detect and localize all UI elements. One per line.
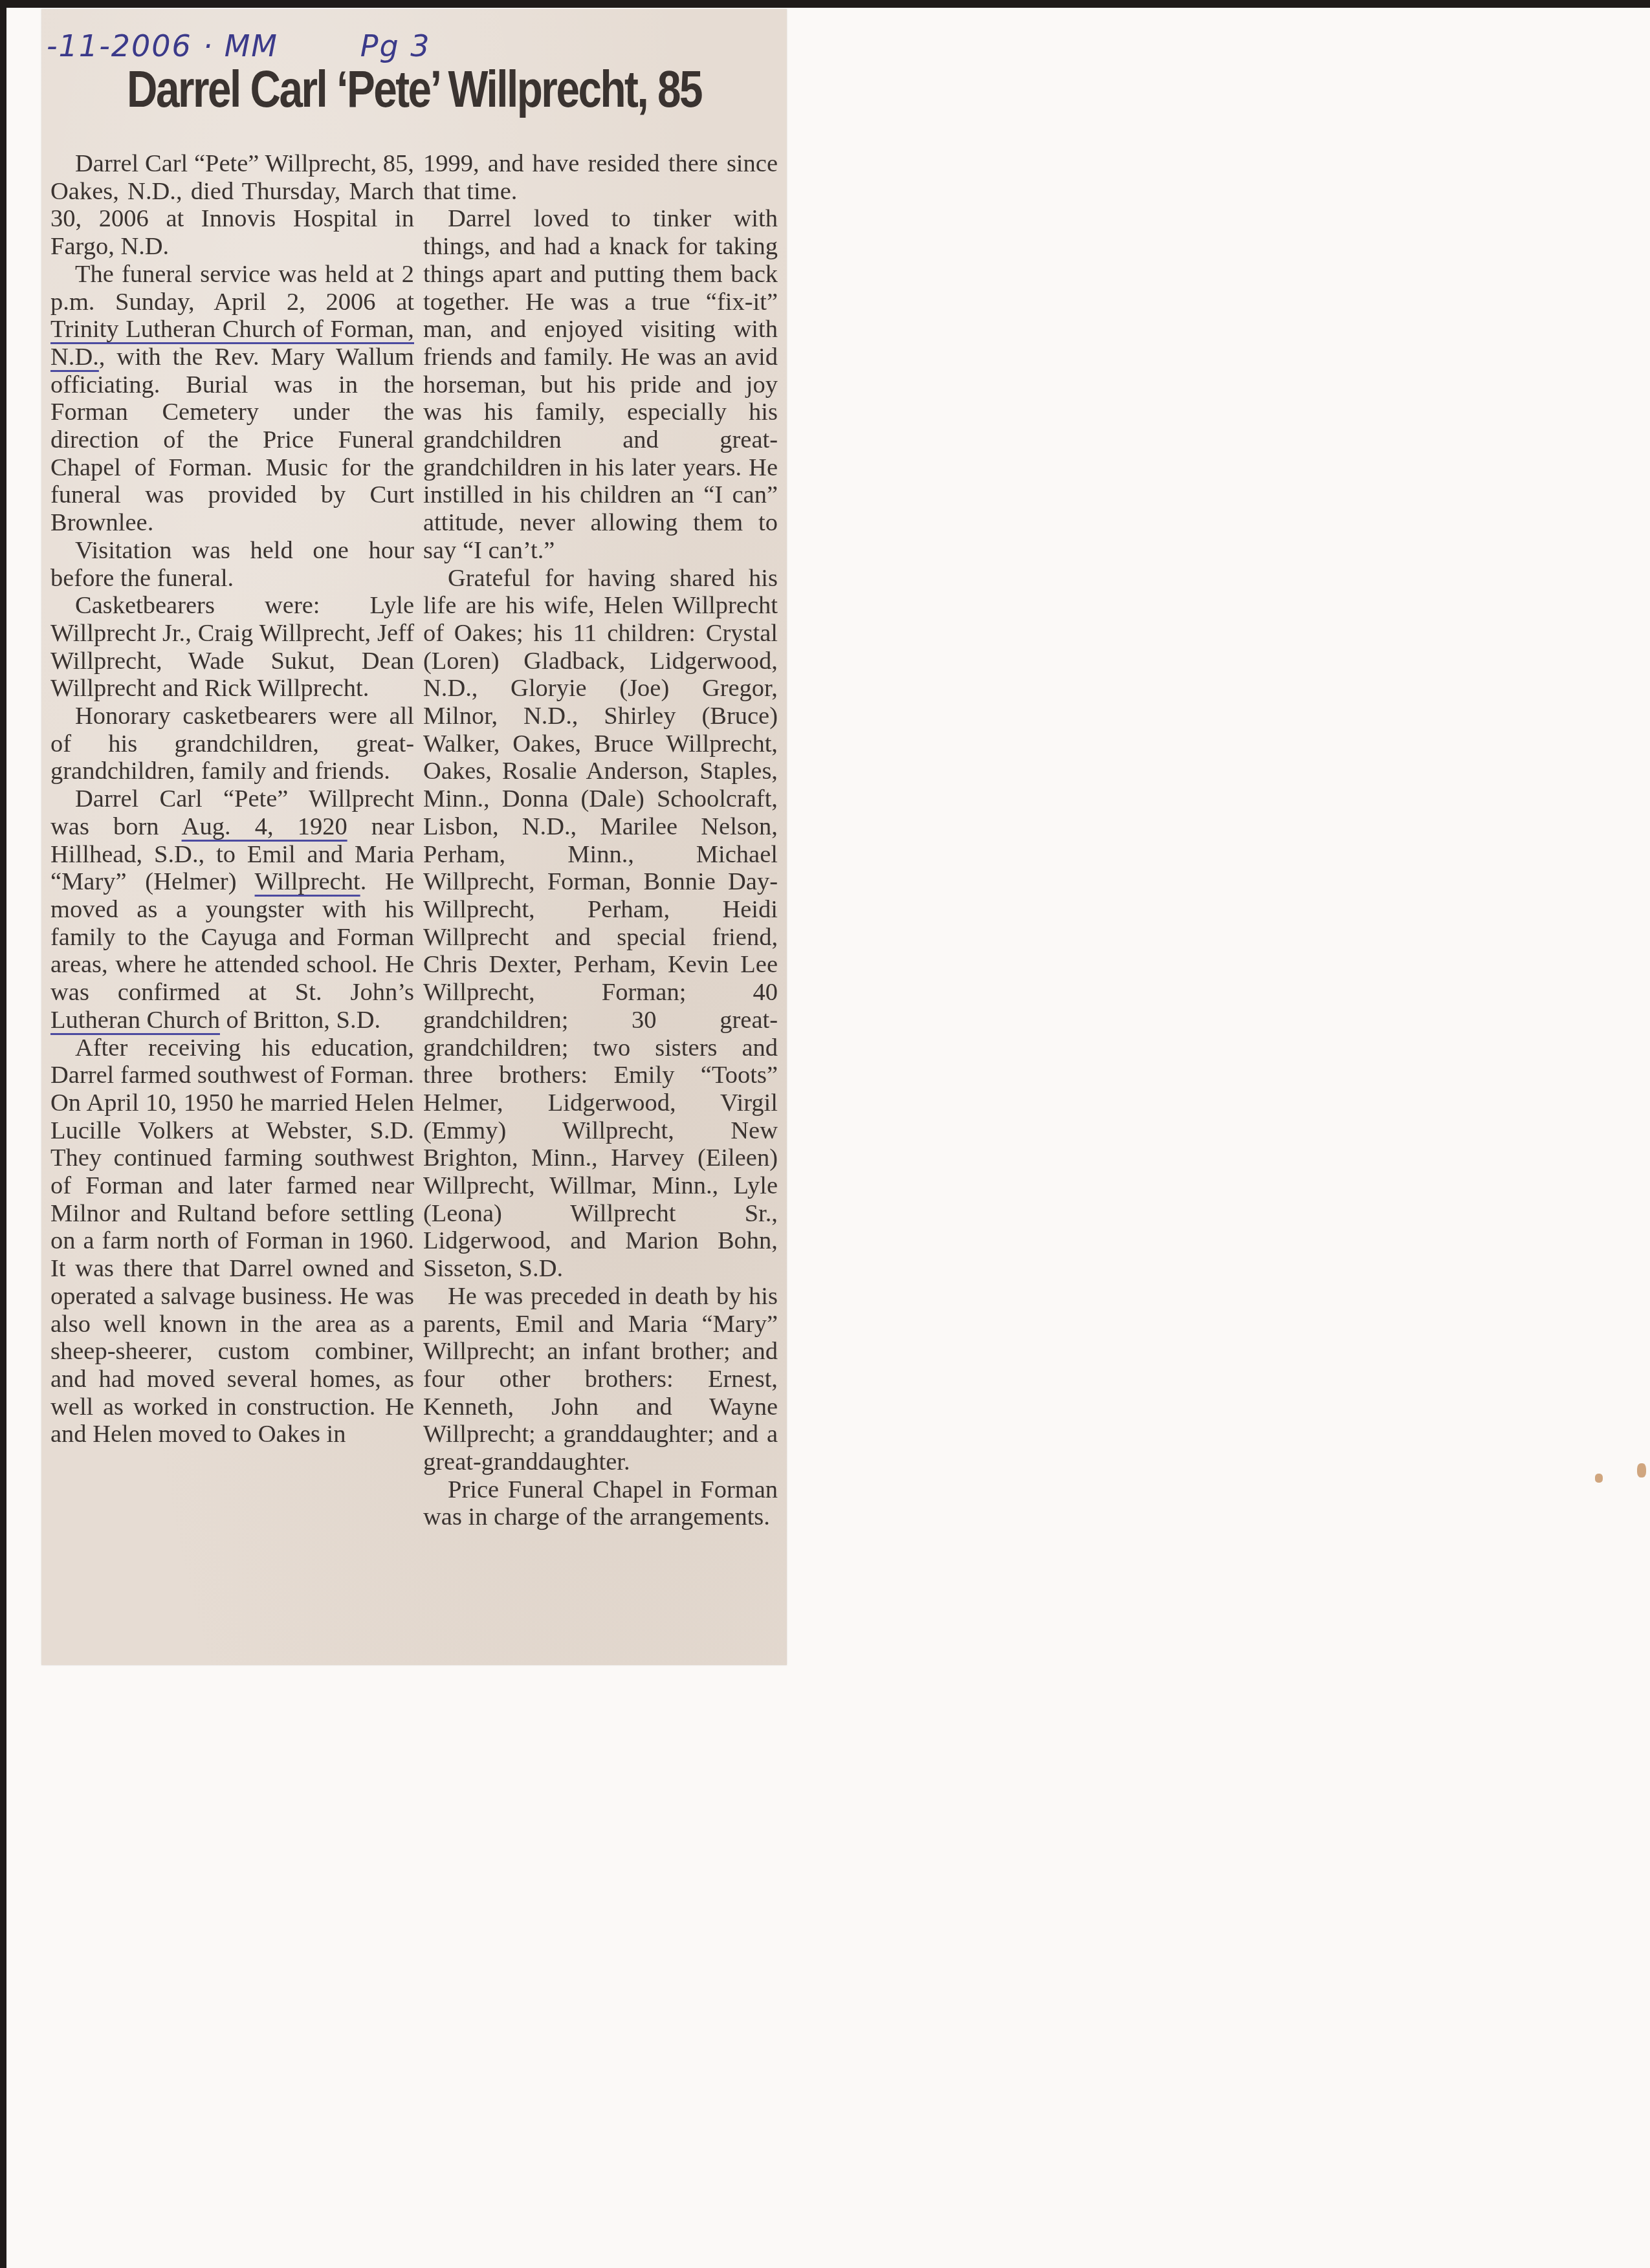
paragraph-visitation: Visitation was held one hour before the … [50,537,414,592]
scanner-border-top [0,0,1650,8]
scanner-speck [1595,1474,1603,1483]
paragraph-survivors: Grateful for having shared his life are … [423,565,778,1283]
paragraph-casketbearers: Casketbearers were: Lyle Willprecht Jr.,… [50,592,414,703]
right-column: 1999, and have resided there since that … [423,150,778,1531]
paragraph-honorary: Honorary casketbearers were all of his g… [50,703,414,785]
handwritten-note: -11-2006 · MM Pg 3 [47,28,431,63]
scanner-border-left [0,0,6,2268]
paragraph-preceded: He was preceded in death by his parents,… [423,1283,778,1476]
paragraph-career: After receiving his education, Darrel fa… [50,1034,414,1449]
ink-underline: Lutheran Church [50,1007,220,1034]
paragraph-death: Darrel Carl “Pete” Willprecht, 85, Oakes… [50,150,414,261]
paragraph-birth: Darrel Carl “Pete” Willprecht was born A… [50,785,414,1034]
paragraph-continuation: 1999, and have resided there since that … [423,150,778,205]
paragraph-personality: Darrel loved to tinker with things, and … [423,205,778,564]
newspaper-clipping: -11-2006 · MM Pg 3 Darrel Carl ‘Pete’ Wi… [41,9,787,1665]
ink-underline: Aug. 4, 1920 [182,813,347,840]
obituary-headline: Darrel Carl ‘Pete’ Willprecht, 85 [109,60,720,119]
handwritten-page: Pg 3 [360,28,431,63]
paragraph-funeral: The funeral service was held at 2 p.m. S… [50,261,414,537]
ink-underline: Willprecht [255,868,360,895]
paragraph-arrangements: Price Funeral Chapel in Forman was in ch… [423,1476,778,1531]
left-column: Darrel Carl “Pete” Willprecht, 85, Oakes… [50,150,414,1448]
handwritten-date: -11-2006 · MM [47,28,278,63]
scanner-speck [1637,1463,1646,1477]
